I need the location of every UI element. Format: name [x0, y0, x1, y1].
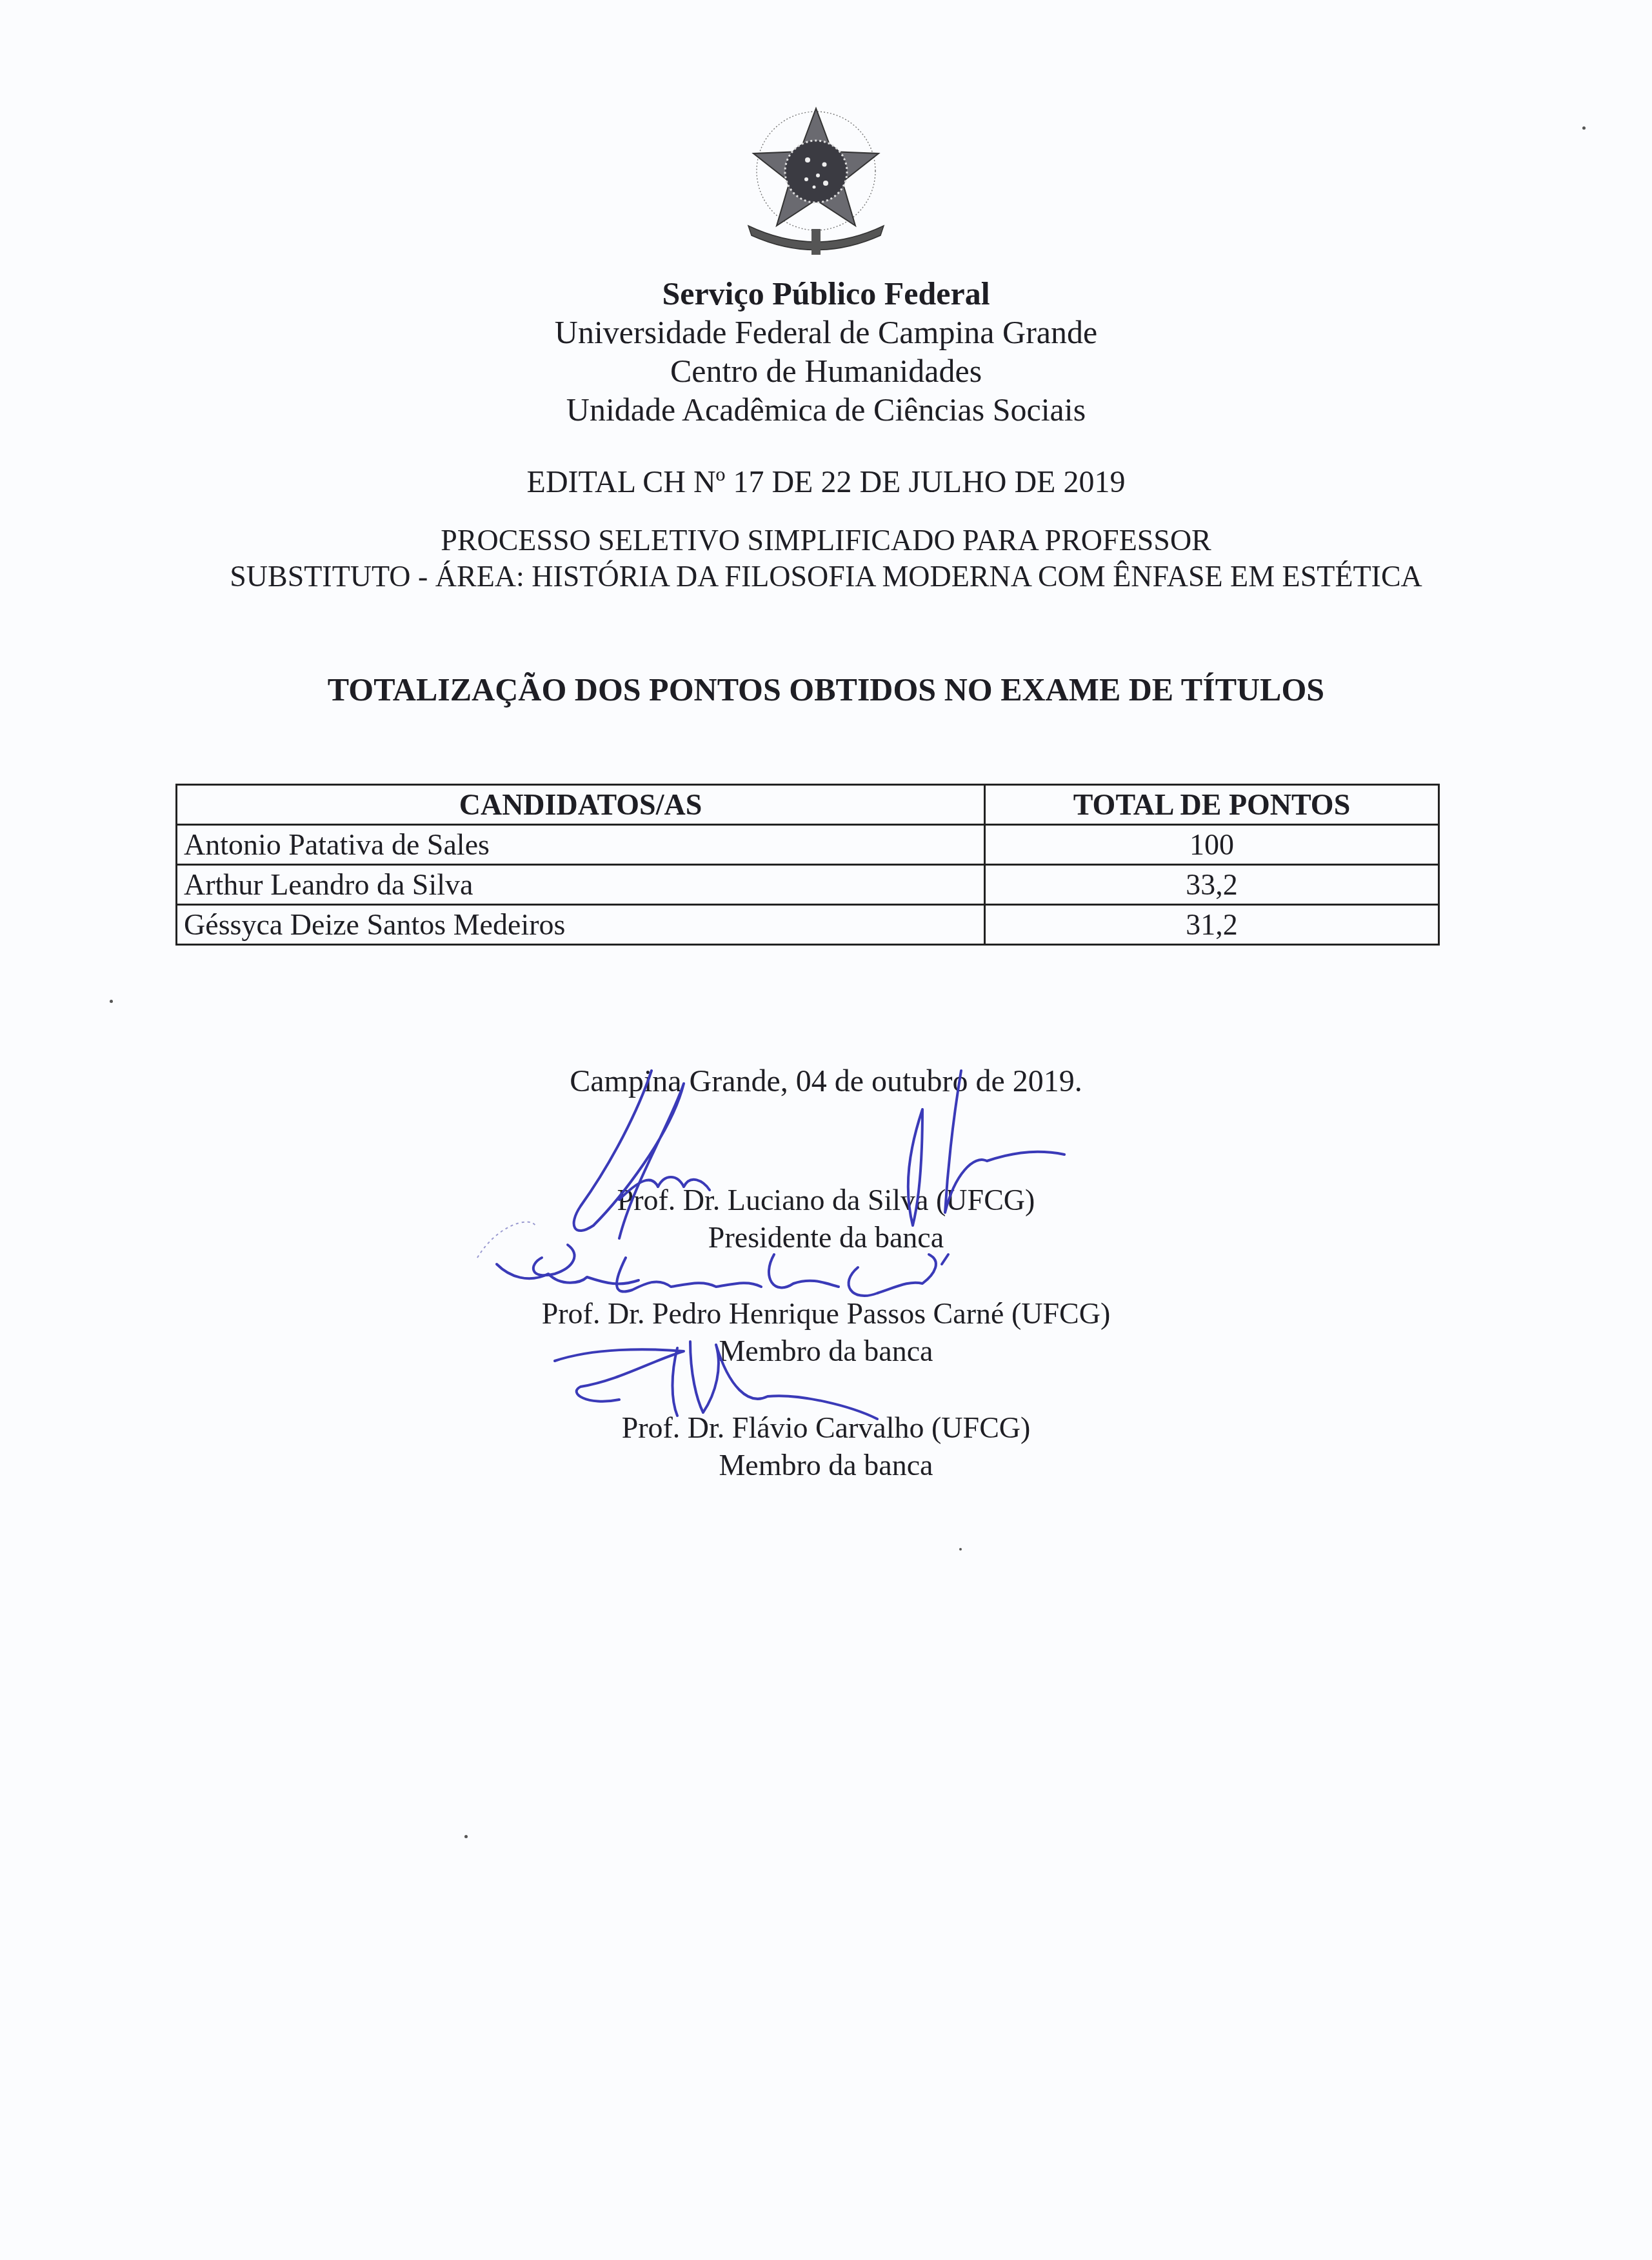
candidate-points: 31,2	[985, 905, 1439, 945]
candidate-points: 33,2	[985, 865, 1439, 905]
candidate-name: Géssyca Deize Santos Medeiros	[177, 905, 985, 945]
brazil-coat-of-arms-icon	[735, 103, 897, 258]
candidate-points: 100	[985, 825, 1439, 865]
signature-2-icon	[497, 1264, 639, 1284]
table-row: Arthur Leandro da Silva 33,2	[177, 865, 1439, 905]
document-title: TOTALIZAÇÃO DOS PONTOS OBTIDOS NO EXAME …	[0, 671, 1652, 708]
edital-number: EDITAL CH Nº 17 DE 22 DE JULHO DE 2019	[0, 464, 1652, 501]
signatory-2-role: Membro da banca	[0, 1333, 1652, 1370]
signatory-1-role: Presidente da banca	[0, 1219, 1652, 1256]
process-line-1: PROCESSO SELETIVO SIMPLIFICADO PARA PROF…	[0, 522, 1652, 559]
column-header-points: TOTAL DE PONTOS	[985, 785, 1439, 825]
signatory-1-name: Prof. Dr. Luciano da Silva (UFCG)	[0, 1182, 1652, 1219]
center-name: Centro de Humanidades	[0, 352, 1652, 390]
scan-speck	[1582, 126, 1586, 130]
candidate-name: Antonio Patativa de Sales	[177, 825, 985, 865]
signatory-3-name: Prof. Dr. Flávio Carvalho (UFCG)	[0, 1409, 1652, 1447]
table-header-row: CANDIDATOS/AS TOTAL DE PONTOS	[177, 785, 1439, 825]
table-row: Géssyca Deize Santos Medeiros 31,2	[177, 905, 1439, 945]
scan-speck	[959, 1548, 962, 1551]
table-row: Antonio Patativa de Sales 100	[177, 825, 1439, 865]
university-name: Universidade Federal de Campina Grande	[0, 313, 1652, 352]
process-line-2: SUBSTITUTO - ÁREA: HISTÓRIA DA FILOSOFIA…	[0, 559, 1652, 595]
signatory-3-role: Membro da banca	[0, 1447, 1652, 1484]
scan-speck	[464, 1835, 468, 1838]
column-header-candidates: CANDIDATOS/AS	[177, 785, 985, 825]
candidate-name: Arthur Leandro da Silva	[177, 865, 985, 905]
results-table: CANDIDATOS/AS TOTAL DE PONTOS Antonio Pa…	[175, 784, 1440, 946]
document-page: Serviço Público Federal Universidade Fed…	[0, 0, 1652, 2260]
signatory-2-name: Prof. Dr. Pedro Henrique Passos Carné (U…	[0, 1295, 1652, 1333]
unit-name: Unidade Acadêmica de Ciências Sociais	[0, 390, 1652, 429]
service-heading: Serviço Público Federal	[0, 274, 1652, 313]
place-date: Campina Grande, 04 de outubro de 2019.	[0, 1063, 1652, 1100]
scan-speck	[110, 1000, 113, 1003]
